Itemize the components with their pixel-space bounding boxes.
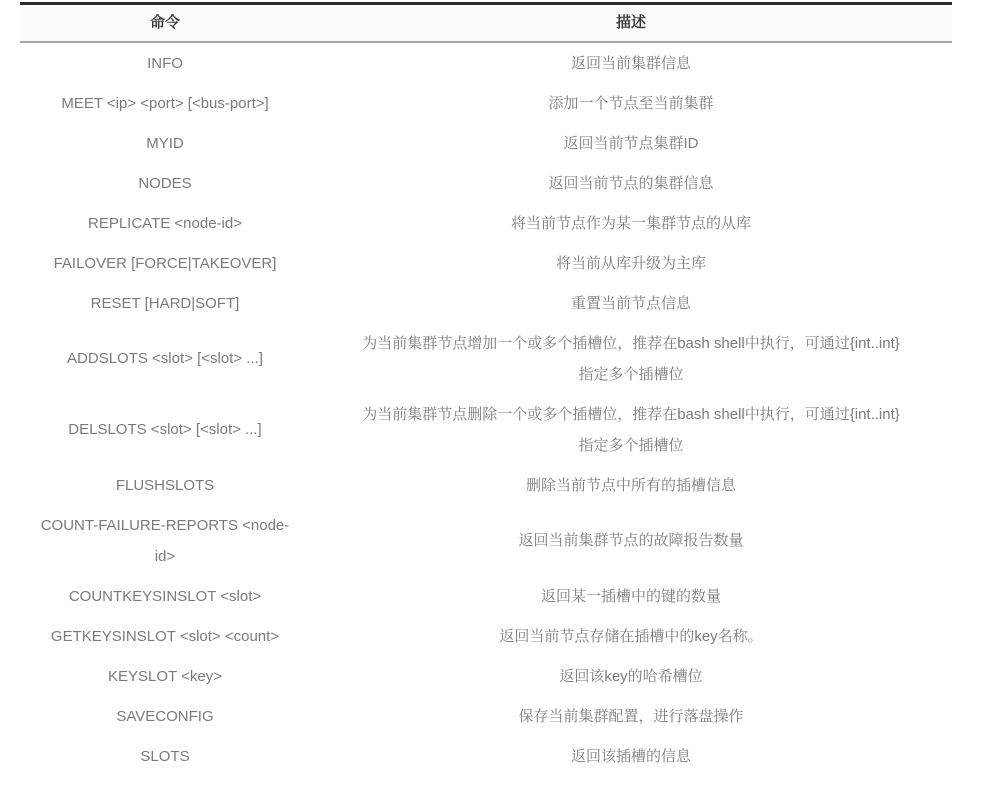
description-cell: 将当前节点作为某一集群节点的从库 (310, 203, 952, 243)
table-row: SLOTS返回该插槽的信息 (20, 736, 952, 776)
description-cell: 返回当前集群信息 (310, 42, 952, 83)
description-cell: 返回某一插槽中的键的数量 (310, 576, 952, 616)
column-header-command: 命令 (20, 4, 310, 43)
description-cell: 返回当前节点存储在插槽中的key名称。 (310, 616, 952, 656)
description-cell: 返回当前集群节点的故障报告数量 (310, 505, 952, 576)
cluster-commands-table: 命令 描述 INFO返回当前集群信息MEET <ip> <port> [<bus… (20, 2, 952, 776)
command-cell: NODES (20, 163, 310, 203)
table-row: GETKEYSINSLOT <slot> <count>返回当前节点存储在插槽中… (20, 616, 952, 656)
command-cell: MEET <ip> <port> [<bus-port>] (20, 83, 310, 123)
description-cell: 为当前集群节点增加一个或多个插槽位，推荐在bash shell中执行，可通过{i… (310, 323, 952, 394)
command-cell: KEYSLOT <key> (20, 656, 310, 696)
table-row: FAILOVER [FORCE|TAKEOVER]将当前从库升级为主库 (20, 243, 952, 283)
command-cell: SAVECONFIG (20, 696, 310, 736)
table-row: INFO返回当前集群信息 (20, 42, 952, 83)
description-cell: 将当前从库升级为主库 (310, 243, 952, 283)
command-cell: MYID (20, 123, 310, 163)
command-cell: COUNTKEYSINSLOT <slot> (20, 576, 310, 616)
table-row: MYID返回当前节点集群ID (20, 123, 952, 163)
description-cell: 删除当前节点中所有的插槽信息 (310, 465, 952, 505)
command-cell: DELSLOTS <slot> [<slot> ...] (20, 394, 310, 465)
description-cell: 返回当前节点的集群信息 (310, 163, 952, 203)
table-row: NODES返回当前节点的集群信息 (20, 163, 952, 203)
table-row: MEET <ip> <port> [<bus-port>]添加一个节点至当前集群 (20, 83, 952, 123)
command-cell: COUNT-FAILURE-REPORTS <node- id> (20, 505, 310, 576)
table-row: COUNT-FAILURE-REPORTS <node- id>返回当前集群节点… (20, 505, 952, 576)
table-row: REPLICATE <node-id>将当前节点作为某一集群节点的从库 (20, 203, 952, 243)
table-row: SAVECONFIG保存当前集群配置，进行落盘操作 (20, 696, 952, 736)
command-cell: INFO (20, 42, 310, 83)
table-row: DELSLOTS <slot> [<slot> ...]为当前集群节点删除一个或… (20, 394, 952, 465)
column-header-description: 描述 (310, 4, 952, 43)
table-header-row: 命令 描述 (20, 4, 952, 43)
command-cell: SLOTS (20, 736, 310, 776)
description-cell: 返回当前节点集群ID (310, 123, 952, 163)
description-cell: 为当前集群节点删除一个或多个插槽位，推荐在bash shell中执行，可通过{i… (310, 394, 952, 465)
command-cell: RESET [HARD|SOFT] (20, 283, 310, 323)
table-row: FLUSHSLOTS删除当前节点中所有的插槽信息 (20, 465, 952, 505)
commands-table: 命令 描述 INFO返回当前集群信息MEET <ip> <port> [<bus… (20, 2, 952, 776)
description-cell: 添加一个节点至当前集群 (310, 83, 952, 123)
table-body: INFO返回当前集群信息MEET <ip> <port> [<bus-port>… (20, 42, 952, 776)
command-cell: ADDSLOTS <slot> [<slot> ...] (20, 323, 310, 394)
description-cell: 返回该插槽的信息 (310, 736, 952, 776)
description-cell: 返回该key的哈希槽位 (310, 656, 952, 696)
table-row: KEYSLOT <key>返回该key的哈希槽位 (20, 656, 952, 696)
table-row: ADDSLOTS <slot> [<slot> ...]为当前集群节点增加一个或… (20, 323, 952, 394)
command-cell: REPLICATE <node-id> (20, 203, 310, 243)
table-row: COUNTKEYSINSLOT <slot>返回某一插槽中的键的数量 (20, 576, 952, 616)
command-cell: FAILOVER [FORCE|TAKEOVER] (20, 243, 310, 283)
description-cell: 保存当前集群配置，进行落盘操作 (310, 696, 952, 736)
page: 命令 描述 INFO返回当前集群信息MEET <ip> <port> [<bus… (0, 0, 996, 811)
command-cell: GETKEYSINSLOT <slot> <count> (20, 616, 310, 656)
description-cell: 重置当前节点信息 (310, 283, 952, 323)
command-cell: FLUSHSLOTS (20, 465, 310, 505)
table-row: RESET [HARD|SOFT]重置当前节点信息 (20, 283, 952, 323)
